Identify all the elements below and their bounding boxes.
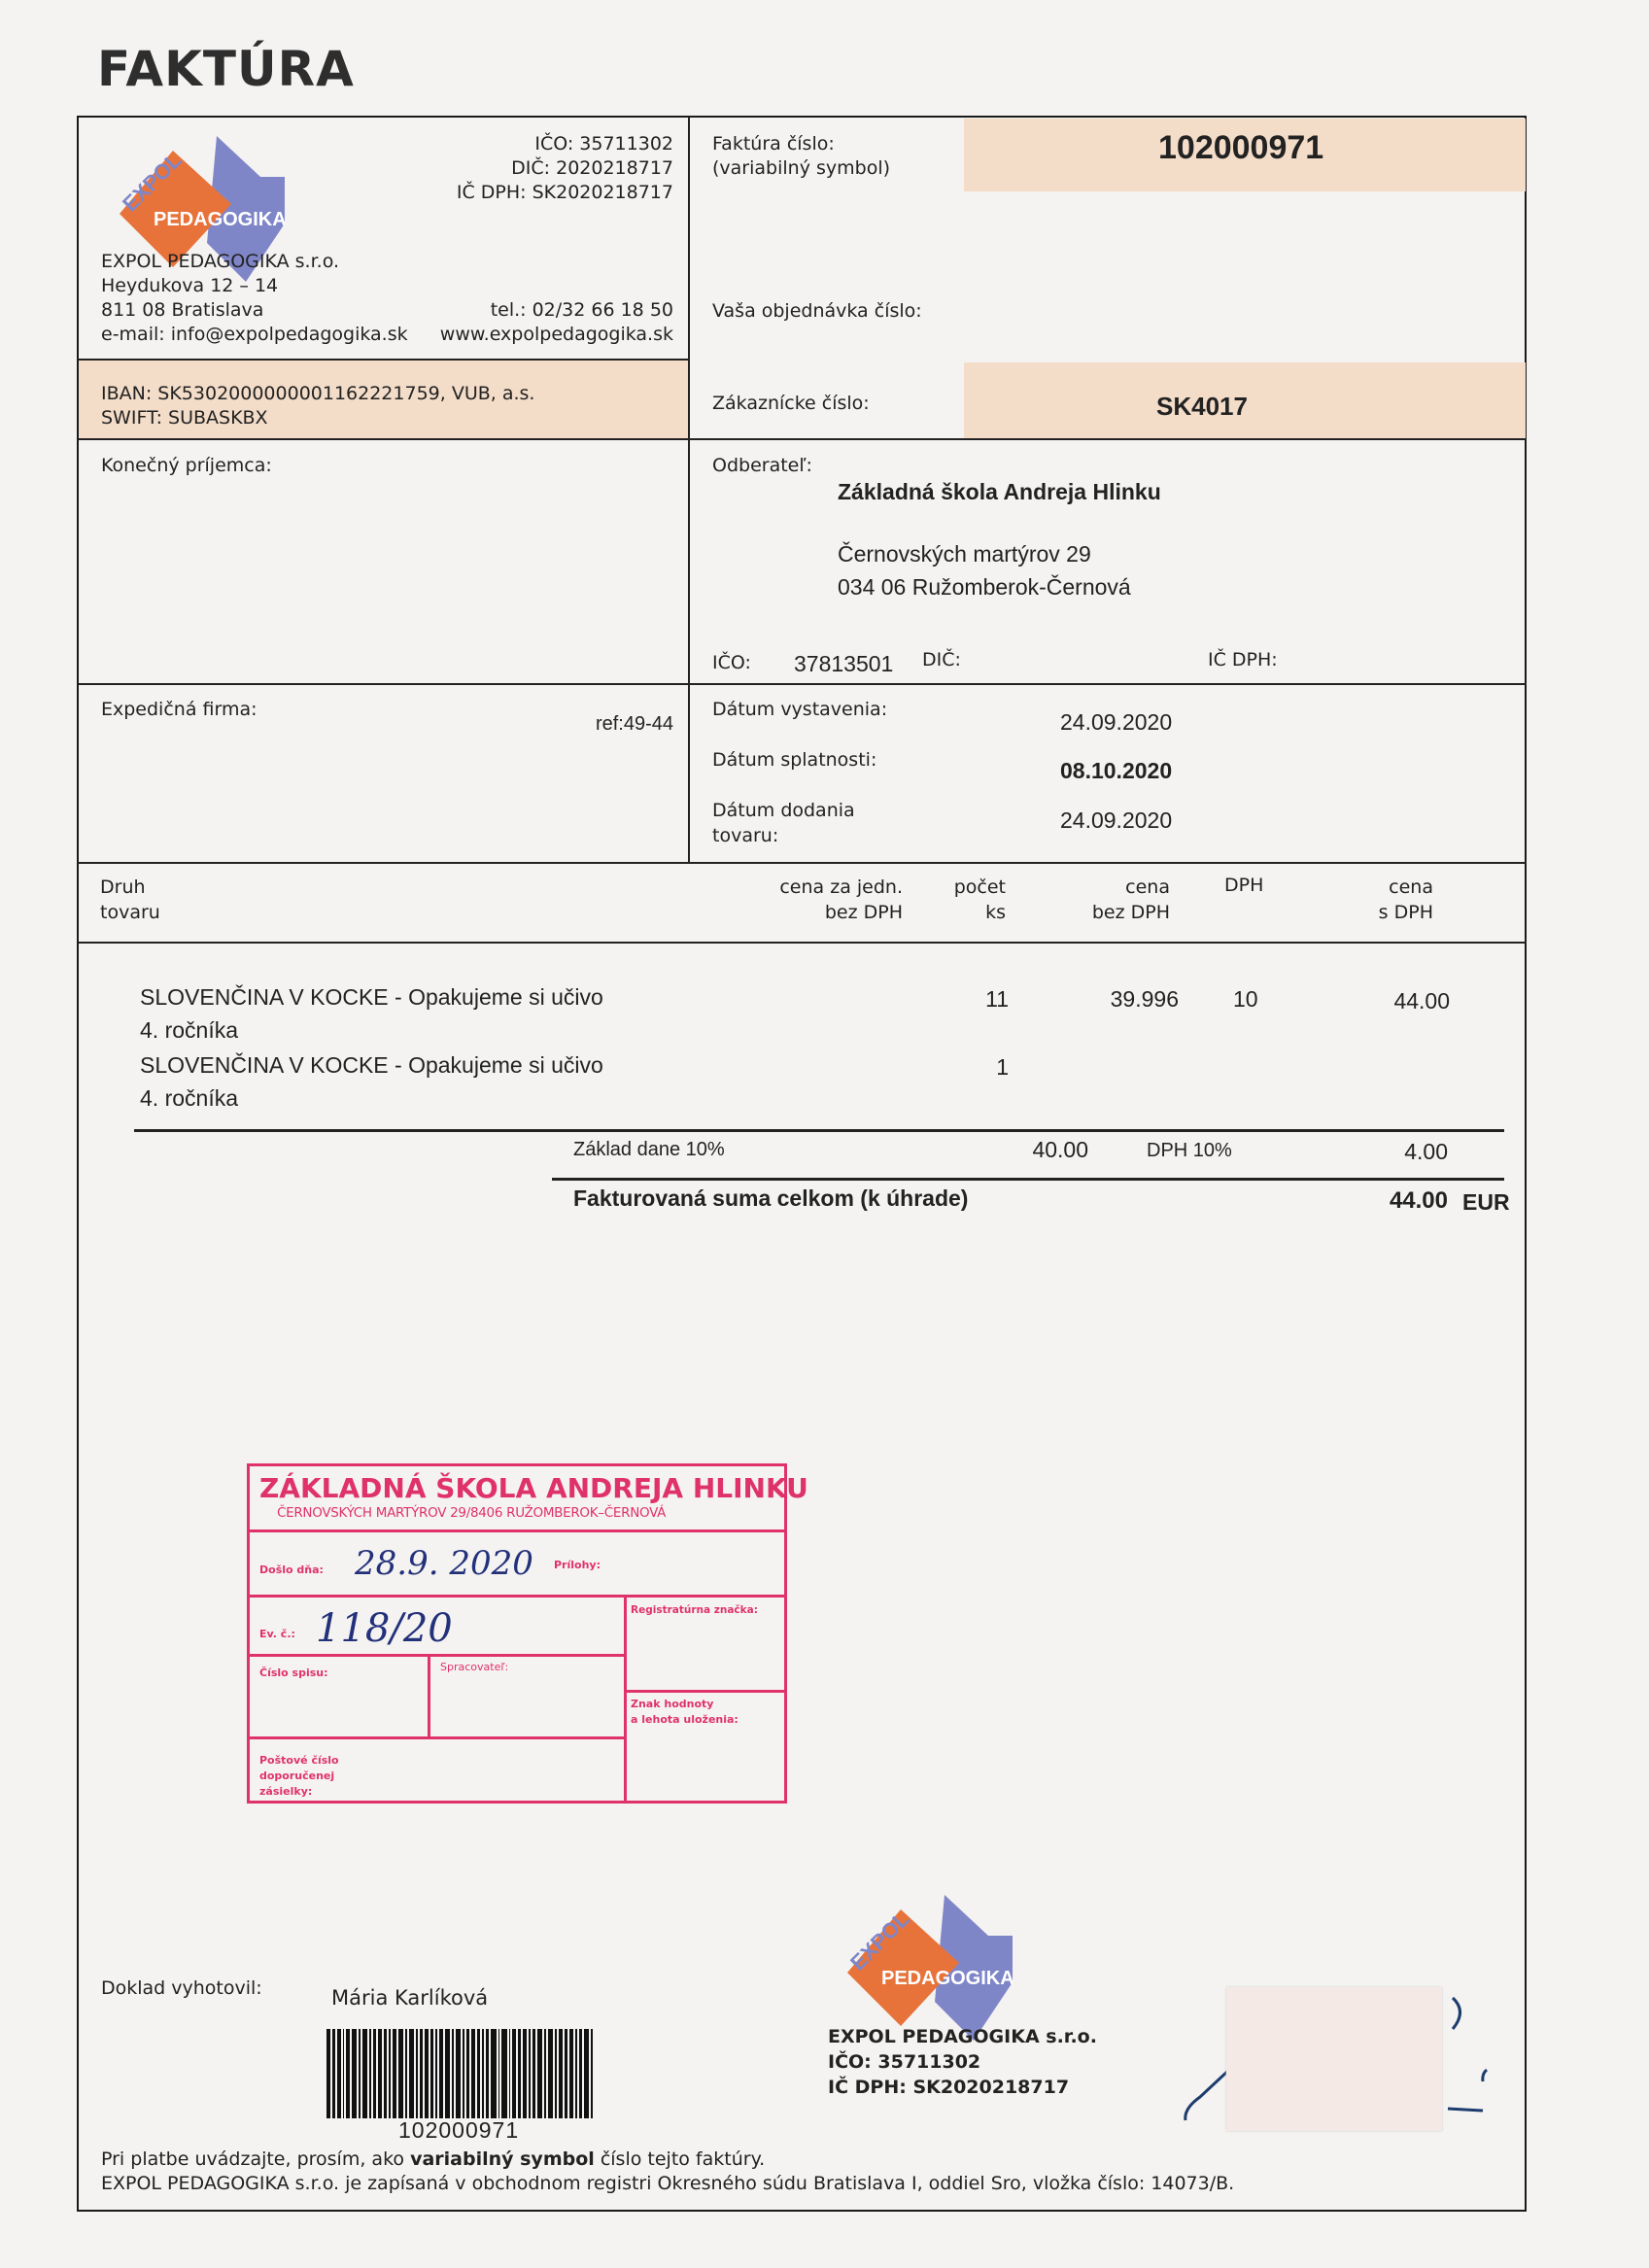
order-number-label: Vaša objednávka číslo: <box>712 299 922 324</box>
supplier-name: EXPOL PEDAGOGIKA s.r.o. <box>101 250 339 274</box>
supplier-dic: DIČ: 2020218717 <box>511 156 673 181</box>
supplier-city: 811 08 Bratislava <box>101 298 263 323</box>
invoice-number-label: Faktúra číslo: <box>712 132 835 156</box>
row-vat: 10 <box>1233 982 1258 1015</box>
row-qty: 1 <box>996 1050 1009 1083</box>
col-header-unit-price: cena za jedn. <box>779 876 903 900</box>
bottom-company-name: EXPOL PEDAGOGIKA s.r.o. <box>828 2025 1097 2049</box>
stamp-registry-mark-label: Registratúrna značka: <box>631 1604 758 1616</box>
stamp-value-mark-label-2: a lehota uloženia: <box>631 1713 739 1726</box>
stamp-postal-label-2: doporučenej <box>259 1770 334 1782</box>
customer-street: Černovských martýrov 29 <box>838 542 1091 567</box>
items-bottom-rule <box>134 1129 1504 1132</box>
supplier-phone: tel.: 02/32 66 18 50 <box>491 298 673 323</box>
customer-city: 034 06 Ružomberok-Černová <box>838 575 1131 600</box>
payment-note-emphasis: variabilný symbol <box>410 2148 595 2170</box>
stamp-processor-label: Spracovateľ: <box>440 1661 508 1673</box>
row-divider <box>78 683 1527 685</box>
column-divider <box>688 117 690 863</box>
registry-note: EXPOL PEDAGOGIKA s.r.o. je zapísaná v ob… <box>101 2173 1234 2194</box>
customer-name: Základná škola Andreja Hlinku <box>838 480 1161 504</box>
customer-label: Odberateľ: <box>712 454 812 478</box>
row-item-name-2: 4. ročníka <box>140 1082 238 1115</box>
stamp-postal-label-3: zásielky: <box>259 1785 312 1798</box>
col-header-item: Druh <box>100 876 146 900</box>
customer-number-label: Zákaznícke číslo: <box>712 392 870 416</box>
stamp-attachments-label: Prílohy: <box>554 1559 601 1571</box>
registry-stamp: ZÁKLADNÁ ŠKOLA ANDREJA HLINKU ČERNOVSKÝC… <box>247 1463 787 1804</box>
row-item-name-2: 4. ročníka <box>140 1014 238 1047</box>
issue-date-label: Dátum vystavenia: <box>712 698 887 722</box>
issue-date: 24.09.2020 <box>1060 710 1172 735</box>
payment-note: Pri platbe uvádzajte, prosím, ako variab… <box>101 2148 765 2170</box>
customer-number: SK4017 <box>1156 392 1248 421</box>
stamp-received-value: 28.9. 2020 <box>355 1544 533 1583</box>
shipping-ref: ref:49-44 <box>596 712 673 737</box>
invoice-number: 102000971 <box>1158 136 1323 160</box>
bottom-company-ic-dph: IČ DPH: SK2020218717 <box>828 2076 1069 2100</box>
currency: EUR <box>1462 1186 1510 1219</box>
supplier-email: e-mail: info@expolpedagogika.sk <box>101 323 408 347</box>
col-header-qty: počet <box>954 876 1006 900</box>
signature-patch <box>1226 1987 1442 2131</box>
stamp-file-no-label: Číslo spisu: <box>259 1667 328 1679</box>
col-header-unit-price-2: bez DPH <box>825 901 903 925</box>
col-header-qty-2: ks <box>985 901 1006 925</box>
payment-note-text: Pri platbe uvádzajte, prosím, ako <box>101 2148 410 2170</box>
due-date-label: Dátum splatnosti: <box>712 748 876 773</box>
delivery-date-label-2: tovaru: <box>712 824 778 848</box>
supplier-ico: IČO: 35711302 <box>534 132 673 156</box>
document-title: FAKTÚRA <box>97 41 355 97</box>
row-divider <box>78 942 1527 944</box>
col-header-total: cena <box>1389 876 1433 900</box>
delivery-date: 24.09.2020 <box>1060 808 1172 833</box>
row-divider <box>78 438 1527 440</box>
supplier-ic-dph: IČ DPH: SK2020218717 <box>457 181 673 205</box>
due-date: 08.10.2020 <box>1060 759 1172 783</box>
issued-by-label: Doklad vyhotovil: <box>101 1976 262 2001</box>
vat-label: DPH 10% <box>1147 1134 1232 1167</box>
col-header-price-2: bez DPH <box>1092 901 1170 925</box>
shipping-label: Expedičná firma: <box>101 698 258 722</box>
stamp-received-label: Došlo dňa: <box>259 1564 324 1576</box>
supplier-street: Heydukova 12 – 14 <box>101 274 278 298</box>
grand-total: 44.00 <box>1390 1185 1448 1218</box>
delivery-date-label: Dátum dodania <box>712 799 855 823</box>
barcode-number: 102000971 <box>398 2118 519 2143</box>
col-header-vat: DPH <box>1224 874 1263 898</box>
customer-ic-dph-label: IČ DPH: <box>1208 648 1278 672</box>
stamp-address: ČERNOVSKÝCH MARTÝROV 29/8406 RUŽOMBEROK–… <box>277 1505 666 1521</box>
barcode <box>326 2029 595 2118</box>
svg-text:PEDAGOGIKA: PEDAGOGIKA <box>881 1968 1013 1989</box>
final-recipient-label: Konečný príjemca: <box>101 454 272 478</box>
supplier-swift: SWIFT: SUBASKBX <box>101 406 268 430</box>
row-divider <box>78 862 1527 864</box>
invoice-number-sublabel: (variabilný symbol) <box>712 156 890 181</box>
row-total: 44.00 <box>1393 984 1450 1017</box>
customer-ico-label: IČO: <box>712 651 751 675</box>
row-item-name: SLOVENČINA V KOCKE - Opakujeme si učivo <box>140 1048 603 1082</box>
stamp-ev-value: 118/20 <box>316 1606 453 1651</box>
tax-base-value: 40.00 <box>1032 1133 1088 1166</box>
stamp-value-mark-label: Znak hodnoty <box>631 1698 713 1710</box>
grand-total-label: Fakturovaná suma celkom (k úhrade) <box>573 1182 968 1215</box>
payment-note-text-end: číslo tejto faktúry. <box>595 2148 765 2170</box>
col-header-total-2: s DPH <box>1379 901 1433 925</box>
customer-ico: 37813501 <box>794 652 893 676</box>
stamp-postal-label: Poštové číslo <box>259 1754 339 1767</box>
row-price: 39.996 <box>1111 982 1179 1015</box>
col-header-price: cena <box>1125 876 1170 900</box>
expol-logo-icon: PEDAGOGIKA EXPOL <box>828 1895 1013 2041</box>
customer-dic-label: DIČ: <box>922 648 961 672</box>
tax-base-label: Základ dane 10% <box>573 1133 725 1166</box>
row-item-name: SLOVENČINA V KOCKE - Opakujeme si učivo <box>140 980 603 1014</box>
supplier-iban: IBAN: SK5302000000001162221759, VUB, a.s… <box>101 382 534 406</box>
col-header-item-2: tovaru <box>100 901 160 925</box>
vat-amount: 4.00 <box>1404 1135 1448 1168</box>
row-qty: 11 <box>985 982 1009 1015</box>
supplier-web: www.expolpedagogika.sk <box>440 323 673 347</box>
totals-rule <box>552 1178 1504 1181</box>
stamp-title: ZÁKLADNÁ ŠKOLA ANDREJA HLINKU <box>259 1472 808 1505</box>
issued-by-name: Mária Karlíková <box>331 1986 488 2010</box>
svg-text:PEDAGOGIKA: PEDAGOGIKA <box>154 209 285 230</box>
stamp-ev-label: Ev. č.: <box>259 1628 295 1640</box>
bottom-company-ico: IČO: 35711302 <box>828 2050 980 2075</box>
